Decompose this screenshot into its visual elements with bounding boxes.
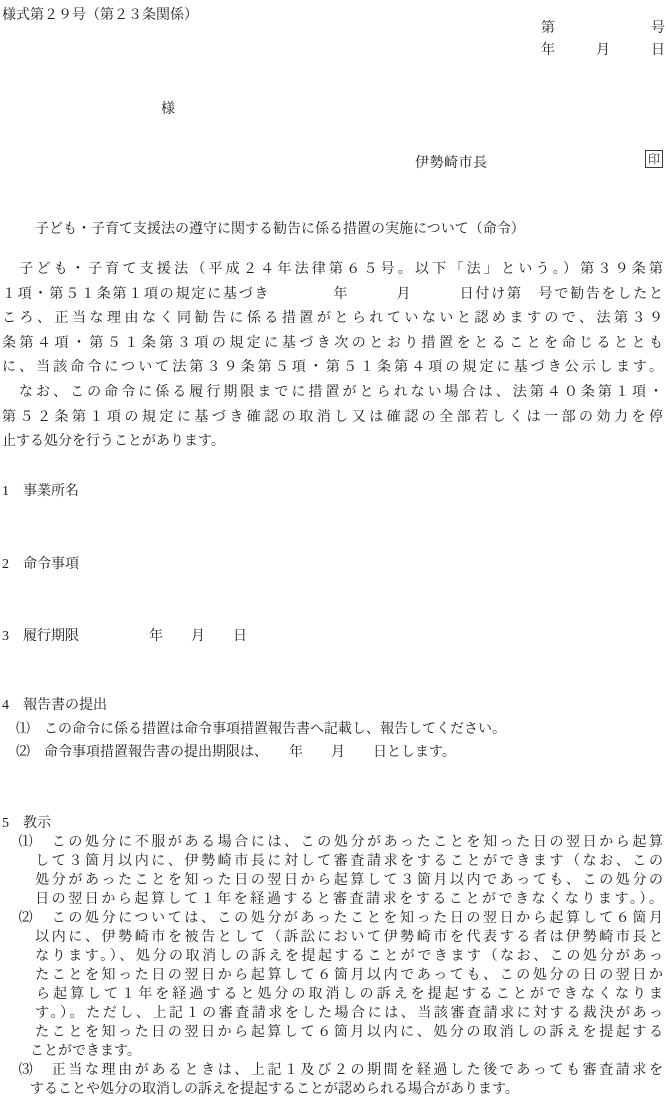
doc-number-prefix: 第	[541, 21, 555, 43]
text-line: ⑴ この命令に係る措置は命令事項措置報告書へ記載し、報告してください。	[2, 718, 663, 742]
date-month-label: 月	[596, 43, 610, 65]
text-line: 5 教示	[2, 814, 663, 833]
text-line: なります。）、処分の取消しの訴えを提起することができます（なお、この処分があっ	[2, 947, 663, 966]
text-line: 子ども・子育て支援法（平成２４年法律第６５号。以下「法」という。）第３９条第	[2, 258, 663, 283]
item-order-matters: 2 命令事項	[2, 553, 79, 573]
issuer-line: 伊勢崎市長 印	[0, 152, 666, 172]
text-line: 4 報告書の提出	[2, 694, 663, 718]
text-line: 止する処分を行うことがあります。	[2, 430, 663, 455]
text-line: １項・第５１条第１項の規定に基づき 年 月 日付け第 号で勧告をしたと	[2, 283, 663, 308]
text-line: す。）。ただし、上記１の審査請求をした場合には、当該審査請求に対する裁決があっ	[2, 1004, 663, 1023]
section-report-submission: 4 報告書の提出 ⑴ この命令に係る措置は命令事項措置報告書へ記載し、報告してく…	[2, 694, 663, 765]
date-year-label: 年	[541, 43, 555, 65]
date-day-label: 日	[651, 43, 665, 65]
text-line: ころ、正当な理由なく同勧告に係る措置がとられていないと認めますので、法第３９	[2, 307, 663, 332]
text-line: たことを知った日の翌日から起算して６箇月以内に、処分の取消しの訴えを提起する	[2, 1023, 663, 1042]
text-line: 第５２条第１項の規定に基づき確認の取消し又は確認の全部若しくは一部の効力を停	[2, 406, 663, 431]
section-instructions: 5 教示 ⑴ この処分に不服がある場合には、この処分があったことを知った日の翌日…	[2, 814, 663, 1099]
text-line: 条第４項・第５１条第３項の規定に基づき次のとおり措置をとることを命じるととも	[2, 332, 663, 357]
issuer-name: 伊勢崎市長	[415, 152, 488, 172]
date-line: 年 月 日	[541, 43, 665, 65]
text-line: 処分があったことを知った日の翌日から起算して３箇月以内であっても、この処分の	[2, 871, 663, 890]
recipient-honorific: 様	[161, 98, 175, 118]
note-paragraph: なお、この命令に係る履行期限までに措置がとられない場合は、法第４０条第１項・第５…	[2, 381, 663, 455]
doc-number-line: 第 号	[541, 21, 665, 43]
text-line: ことができます。	[2, 1042, 663, 1061]
text-line: たことを知った日の翌日から起算して６箇月以内であっても、この処分の日の翌日か	[2, 966, 663, 985]
seal-mark: 印	[645, 150, 663, 168]
text-line: して３箇月以内に、伊勢崎市長に対して審査請求をすることができます（なお、この	[2, 852, 663, 871]
document-page: 様式第２９号（第２３条関係） 第 号 年 月 日 様 伊勢崎市長 印 子ども・子…	[0, 0, 666, 1101]
document-number-block: 第 号 年 月 日	[541, 21, 665, 65]
text-line: 日の翌日から起算して１年を経過すると審査請求をすることができなくなります。）。	[2, 890, 663, 909]
doc-number-suffix: 号	[651, 21, 665, 43]
document-title: 子ども・子育て支援法の遵守に関する勧告に係る措置の実施について（命令）	[35, 218, 525, 238]
main-paragraph: 子ども・子育て支援法（平成２４年法律第６５号。以下「法」という。）第３９条第１項…	[2, 258, 663, 381]
text-line: ⑵ 命令事項措置報告書の提出期限は、 年 月 日とします。	[2, 741, 663, 765]
form-number: 様式第２９号（第２３条関係）	[2, 4, 198, 24]
text-line: なお、この命令に係る履行期限までに措置がとられない場合は、法第４０条第１項・	[2, 381, 663, 406]
text-line: 以内に、伊勢崎市を被告として（訴訟において伊勢崎市を代表する者は伊勢崎市長と	[2, 928, 663, 947]
text-line: ⑴ この処分に不服がある場合には、この処分があったことを知った日の翌日から起算	[2, 833, 663, 852]
item-business-name: 1 事業所名	[2, 480, 79, 500]
text-line: ら起算して１年を経過すると処分の取消しの訴えを提起することができなくなりま	[2, 985, 663, 1004]
text-line: ⑶ 正当な理由があるときは、上記１及び２の期間を経過した後であっても審査請求を	[2, 1061, 663, 1080]
text-line: することや処分の取消しの訴えを提起することが認められる場合があります。	[2, 1080, 663, 1099]
text-line: に、当該命令について法第３９条第５項・第５１条第４項の規定に基づき公示します。	[2, 356, 663, 381]
text-line: ⑵ この処分については、この処分があったことを知った日の翌日から起算して６箇月	[2, 909, 663, 928]
item-deadline: 3 履行期限 年 月 日	[2, 625, 247, 645]
